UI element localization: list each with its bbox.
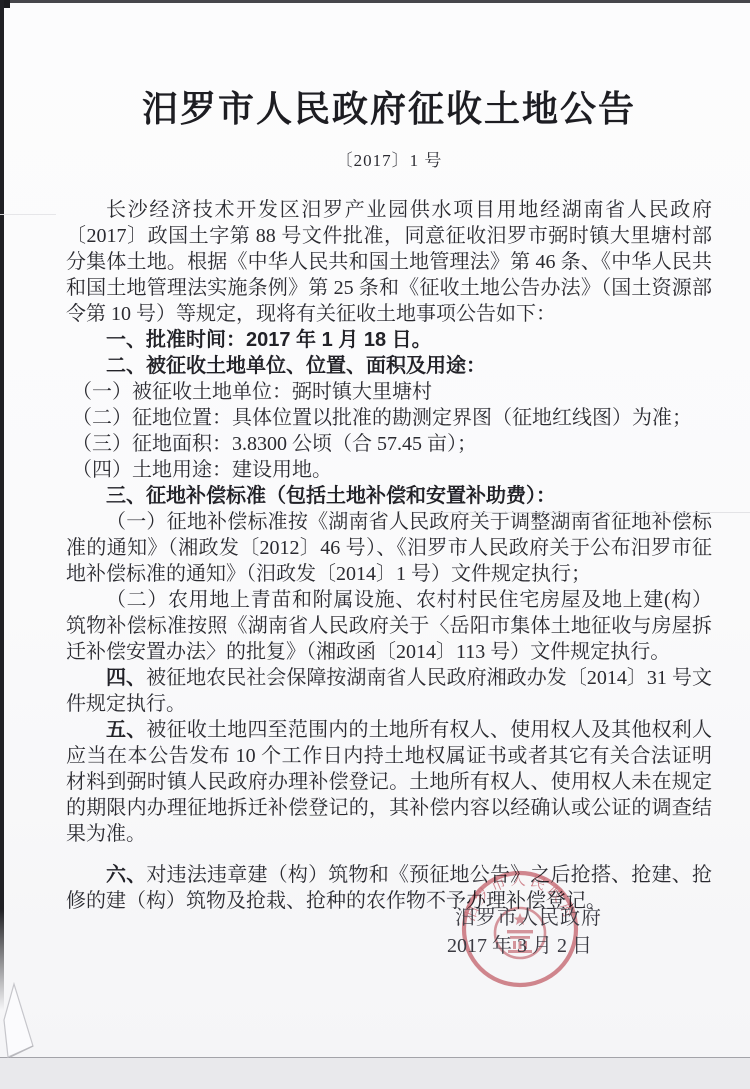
item-land-area: （三）征地面积：3.8300 公顷（合 57.45 亩）；	[66, 431, 712, 457]
section-social-security-number: 四、	[106, 667, 146, 689]
item-land-use: （四）土地用途：建设用地。	[66, 457, 712, 483]
section-approval-time: 一、批准时间：2017 年 1 月 18 日。	[66, 327, 712, 353]
section-land-info-heading: 二、被征收土地单位、位置、面积及用途：	[66, 353, 712, 379]
signature-block: 汨罗市人民政府 汨罗市人民政府 2017 年 3 月 2 日	[0, 855, 750, 1055]
section-social-security: 四、被征地农民社会保障按湖南省人民政府湘政办发〔2014〕31 号文件规定执行。	[66, 665, 712, 717]
section-social-security-text: 被征地农民社会保障按湖南省人民政府湘政办发〔2014〕31 号文件规定执行。	[66, 667, 712, 715]
document-title: 汨罗市人民政府征收土地公告	[66, 89, 712, 129]
section-registration: 五、被征收土地四至范围内的土地所有权人、使用权人及其他权利人应当在本公告发布 1…	[66, 717, 712, 847]
scanned-document: 汨罗市人民政府征收土地公告 〔2017〕1 号 长沙经济技术开发区汨罗产业园供水…	[0, 0, 750, 1089]
document-number: 〔2017〕1 号	[66, 146, 712, 171]
scan-edge-left	[0, 0, 4, 1010]
scan-edge-top	[0, 0, 750, 3]
signature-issuer: 汨罗市人民政府	[455, 901, 602, 930]
item-attachment-compensation: （二）农用地上青苗和附属设施、农村村民住宅房屋及地上建(构）筑物补偿标准按照《湖…	[66, 587, 712, 665]
document-body: 长沙经济技术开发区汨罗产业园供水项目用地经湖南省人民政府〔2017〕政国土字第 …	[66, 197, 712, 914]
section-compensation-heading: 三、征地补偿标准（包括土地补偿和安置补助费）：	[66, 483, 712, 509]
signature-date: 2017 年 3 月 2 日	[447, 929, 592, 958]
paper-crease-small	[0, 214, 56, 215]
page-fold-corner	[0, 980, 90, 1060]
section-registration-number: 五、	[106, 719, 146, 741]
document-paper: 汨罗市人民政府征收土地公告 〔2017〕1 号 长沙经济技术开发区汨罗产业园供水…	[0, 3, 750, 1058]
item-land-unit: （一）被征收土地单位：弼时镇大里塘村	[66, 379, 712, 405]
intro-paragraph: 长沙经济技术开发区汨罗产业园供水项目用地经湖南省人民政府〔2017〕政国土字第 …	[66, 197, 712, 327]
paper-crease	[430, 512, 750, 513]
item-compensation-standard: （一）征地补偿标准按《湖南省人民政府关于调整湖南省征地补偿标准的通知》（湘政发〔…	[66, 509, 712, 587]
item-land-location: （二）征地位置：具体位置以批准的勘测定界图（征地红线图）为准；	[66, 405, 712, 431]
section-registration-text: 被征收土地四至范围内的土地所有权人、使用权人及其他权利人应当在本公告发布 10 …	[66, 719, 712, 845]
